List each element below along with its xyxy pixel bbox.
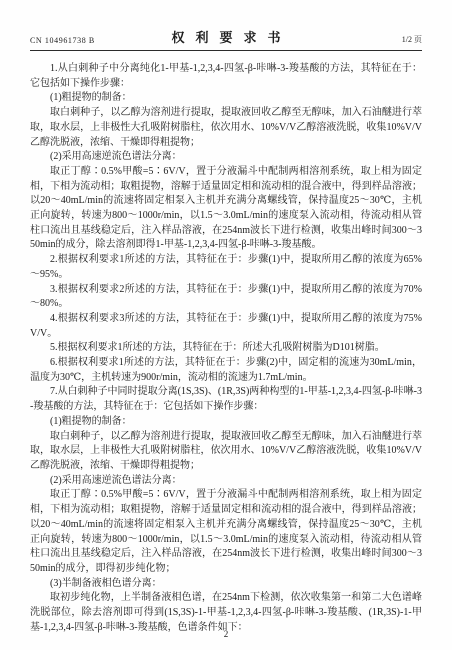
header-divider	[30, 50, 422, 51]
claim-paragraph: 4.根据权利要求3所述的方法，其特征在于：步骤(1)中，提取所用乙醇的浓度为75…	[30, 312, 422, 341]
claim-paragraph: 取正丁醇∶0.5%甲酸=5∶6V/V，置于分液漏斗中配制两相溶剂系统，取上相为固…	[30, 165, 422, 253]
sheet-indicator: 1/2 页	[402, 34, 422, 45]
claim-paragraph: 取白刺种子，以乙醇为溶剂进行提取，提取液回收乙醇至无醇味，加入石油醚进行萃取，取…	[30, 430, 422, 474]
page-number: 2	[0, 629, 452, 639]
publication-number: CN 104961738 B	[30, 36, 95, 45]
claim-paragraph: (1)粗提物的制备：	[30, 415, 422, 430]
claim-paragraph: 6.根据权利要求1所述的方法，其特征在于：步骤(2)中，固定相的流速为30mL/…	[30, 356, 422, 385]
claim-paragraph: 3.根据权利要求2所述的方法，其特征在于：步骤(1)中，提取所用乙醇的浓度为70…	[30, 283, 422, 312]
claim-paragraph: (3)半制备液相色谱分离：	[30, 577, 422, 592]
claims-body: 1.从白刺种子中分离纯化1-甲基-1,2,3,4-四氢-β-咔啉-3-羧基酸的方…	[30, 62, 422, 635]
claim-paragraph: 取白刺种子，以乙醇为溶剂进行提取，提取液回收乙醇至无醇味，加入石油醚进行萃取，取…	[30, 106, 422, 150]
claim-paragraph: 1.从白刺种子中分离纯化1-甲基-1,2,3,4-四氢-β-咔啉-3-羧基酸的方…	[30, 62, 422, 91]
claim-paragraph: (2)采用高速逆流色谱法分离：	[30, 474, 422, 489]
claim-paragraph: (2)采用高速逆流色谱法分离：	[30, 150, 422, 165]
claim-paragraph: (1)粗提物的制备：	[30, 91, 422, 106]
patent-claims-page: CN 104961738 B 权利要求书 1/2 页 1.从白刺种子中分离纯化1…	[0, 0, 452, 650]
document-header: CN 104961738 B 权利要求书 1/2 页	[30, 30, 422, 45]
claim-paragraph: 5.根据权利要求1所述的方法，其特征在于：所述大孔吸附树脂为D101树脂。	[30, 341, 422, 356]
claim-paragraph: 7.从白刺种子中同时提取分离(1S,3S)、(1R,3S)两种构型的1-甲基-1…	[30, 385, 422, 414]
claim-paragraph: 2.根据权利要求1所述的方法，其特征在于：步骤(1)中，提取所用乙醇的浓度为65…	[30, 253, 422, 282]
claim-paragraph: 取正丁醇∶0.5%甲酸=5∶6V/V，置于分液漏斗中配制两相溶剂系统，取上相为固…	[30, 488, 422, 576]
